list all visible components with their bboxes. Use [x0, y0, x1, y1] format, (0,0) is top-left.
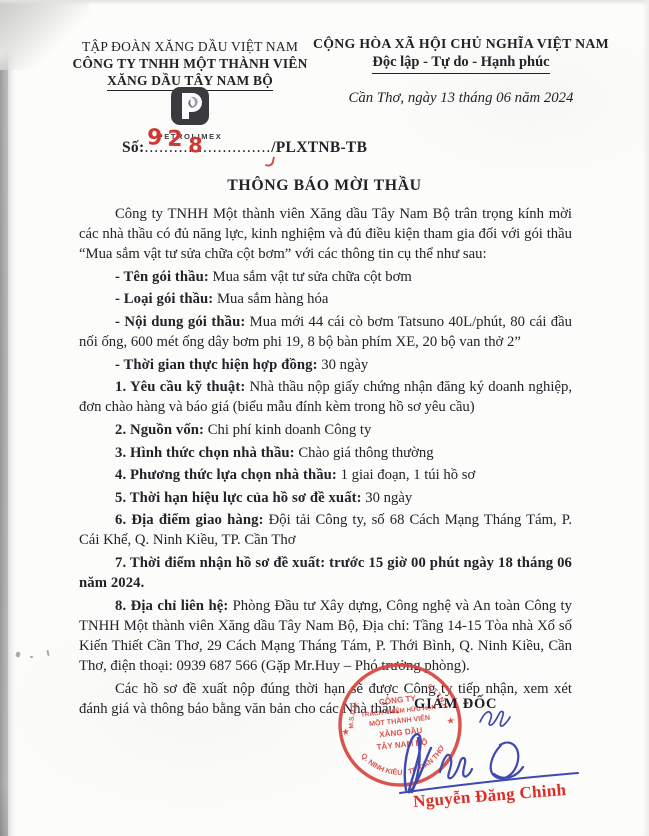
- issuer-parent-org: TẬP ĐOÀN XĂNG DẦU VIỆT NAM: [48, 38, 332, 55]
- national-motto-line2: Độc lập - Tự do - Hạnh phúc: [372, 54, 549, 74]
- paragraph-text: Mua sắm hàng hóa: [213, 291, 328, 307]
- paragraph: 4. Phương thức lựa chọn nhà thầu: 1 giai…: [79, 465, 572, 485]
- document-body: Công ty TNHH Một thành viên Xăng dầu Tây…: [79, 204, 572, 721]
- national-header-block: CỘNG HÒA XÃ HỘI CHỦ NGHĨA VIỆT NAM Độc l…: [303, 36, 619, 74]
- paragraph-label: 2. Nguồn vốn:: [115, 422, 204, 438]
- paragraph-text: Mua sắm vật tư sửa chữa cột bơm: [209, 269, 412, 285]
- issuer-block: TẬP ĐOÀN XĂNG DẦU VIỆT NAM CÔNG TY TNHH …: [48, 38, 332, 91]
- scan-speck: [15, 651, 20, 657]
- scan-edge-top: [0, 0, 649, 5]
- paragraph-text: 30 ngày: [362, 490, 413, 506]
- paragraph-label: 5. Thời hạn hiệu lực của hồ sơ đề xuất:: [115, 490, 362, 506]
- ref-suffix: /PLXTNB-TB: [271, 139, 367, 156]
- paragraph: 2. Nguồn vốn: Chi phí kinh doanh Công ty: [79, 420, 572, 440]
- scan-speck: [30, 656, 33, 658]
- scan-edge-left: [0, 0, 15, 836]
- paragraph: - Thời gian thực hiện hợp đồng: 30 ngày: [79, 355, 572, 375]
- paragraph-text: Chi phí kinh doanh Công ty: [204, 422, 371, 438]
- document-title: THÔNG BÁO MỜI THẦU: [0, 177, 649, 195]
- paragraph: 6. Địa điểm giao hàng: Đội tải Công ty, …: [79, 510, 572, 550]
- paragraph-text: 30 ngày: [318, 357, 369, 373]
- place-date-line: Cần Thơ, ngày 13 tháng 06 năm 2024: [303, 90, 619, 107]
- stamp-star-left: ★: [341, 726, 350, 737]
- paragraph: 1. Yêu cầu kỹ thuật: Nhà thầu nộp giấy c…: [79, 377, 572, 417]
- scan-edge-right: [642, 0, 649, 836]
- paragraph-label: 3. Hình thức chọn nhà thầu:: [115, 445, 295, 461]
- paragraph-label: - Tên gói thầu:: [115, 269, 209, 285]
- paragraph-label: 6. Địa điểm giao hàng:: [115, 512, 264, 528]
- paragraph: 8. Địa chỉ liên hệ: Phòng Đầu tư Xây dựn…: [79, 596, 572, 676]
- red-pen-mark: [265, 155, 275, 167]
- paragraph-label: 1. Yêu cầu kỹ thuật:: [115, 379, 245, 395]
- scan-speck: [46, 650, 49, 656]
- paragraph-text: Công ty TNHH Một thành viên Xăng dầu Tây…: [79, 206, 572, 262]
- paragraph-label: 7. Thời điểm nhận hồ sơ đề xuất: trước 1…: [79, 555, 572, 591]
- paragraph-text: 1 giai đoạn, 1 túi hồ sơ: [337, 467, 475, 483]
- paragraph: 5. Thời hạn hiệu lực của hồ sơ đề xuất: …: [79, 488, 572, 508]
- national-motto-line1: CỘNG HÒA XÃ HỘI CHỦ NGHĨA VIỆT NAM: [303, 36, 619, 52]
- paragraph-label: - Loại gói thầu:: [115, 291, 213, 307]
- paragraph-label: 8. Địa chỉ liên hệ:: [115, 598, 228, 614]
- paragraph-label: 4. Phương thức lựa chọn nhà thầu:: [115, 467, 337, 483]
- paragraph-text: Chào giá thông thường: [295, 445, 434, 461]
- ref-prefix: Số:: [122, 139, 144, 156]
- paragraph: - Loại gói thầu: Mua sắm hàng hóa: [79, 289, 572, 309]
- scanned-document-page: TẬP ĐOÀN XĂNG DẦU VIỆT NAM CÔNG TY TNHH …: [0, 0, 649, 836]
- issuer-company-line1: CÔNG TY TNHH MỘT THÀNH VIÊN: [48, 55, 332, 72]
- paragraph: Công ty TNHH Một thành viên Xăng dầu Tây…: [79, 204, 572, 264]
- handwritten-ref-number: 928: [147, 125, 209, 152]
- paragraph: - Nội dung gói thầu: Mua mới 44 cái cò b…: [79, 312, 572, 352]
- paragraph: 3. Hình thức chọn nhà thầu: Chào giá thô…: [79, 443, 572, 463]
- signature-ink: [388, 700, 640, 812]
- paragraph: - Tên gói thầu: Mua sắm vật tư sửa chữa …: [79, 267, 572, 287]
- paragraph-label: - Thời gian thực hiện hợp đồng:: [115, 357, 318, 373]
- paragraph-label: - Nội dung gói thầu:: [115, 314, 245, 330]
- paragraph: 7. Thời điểm nhận hồ sơ đề xuất: trước 1…: [79, 553, 572, 593]
